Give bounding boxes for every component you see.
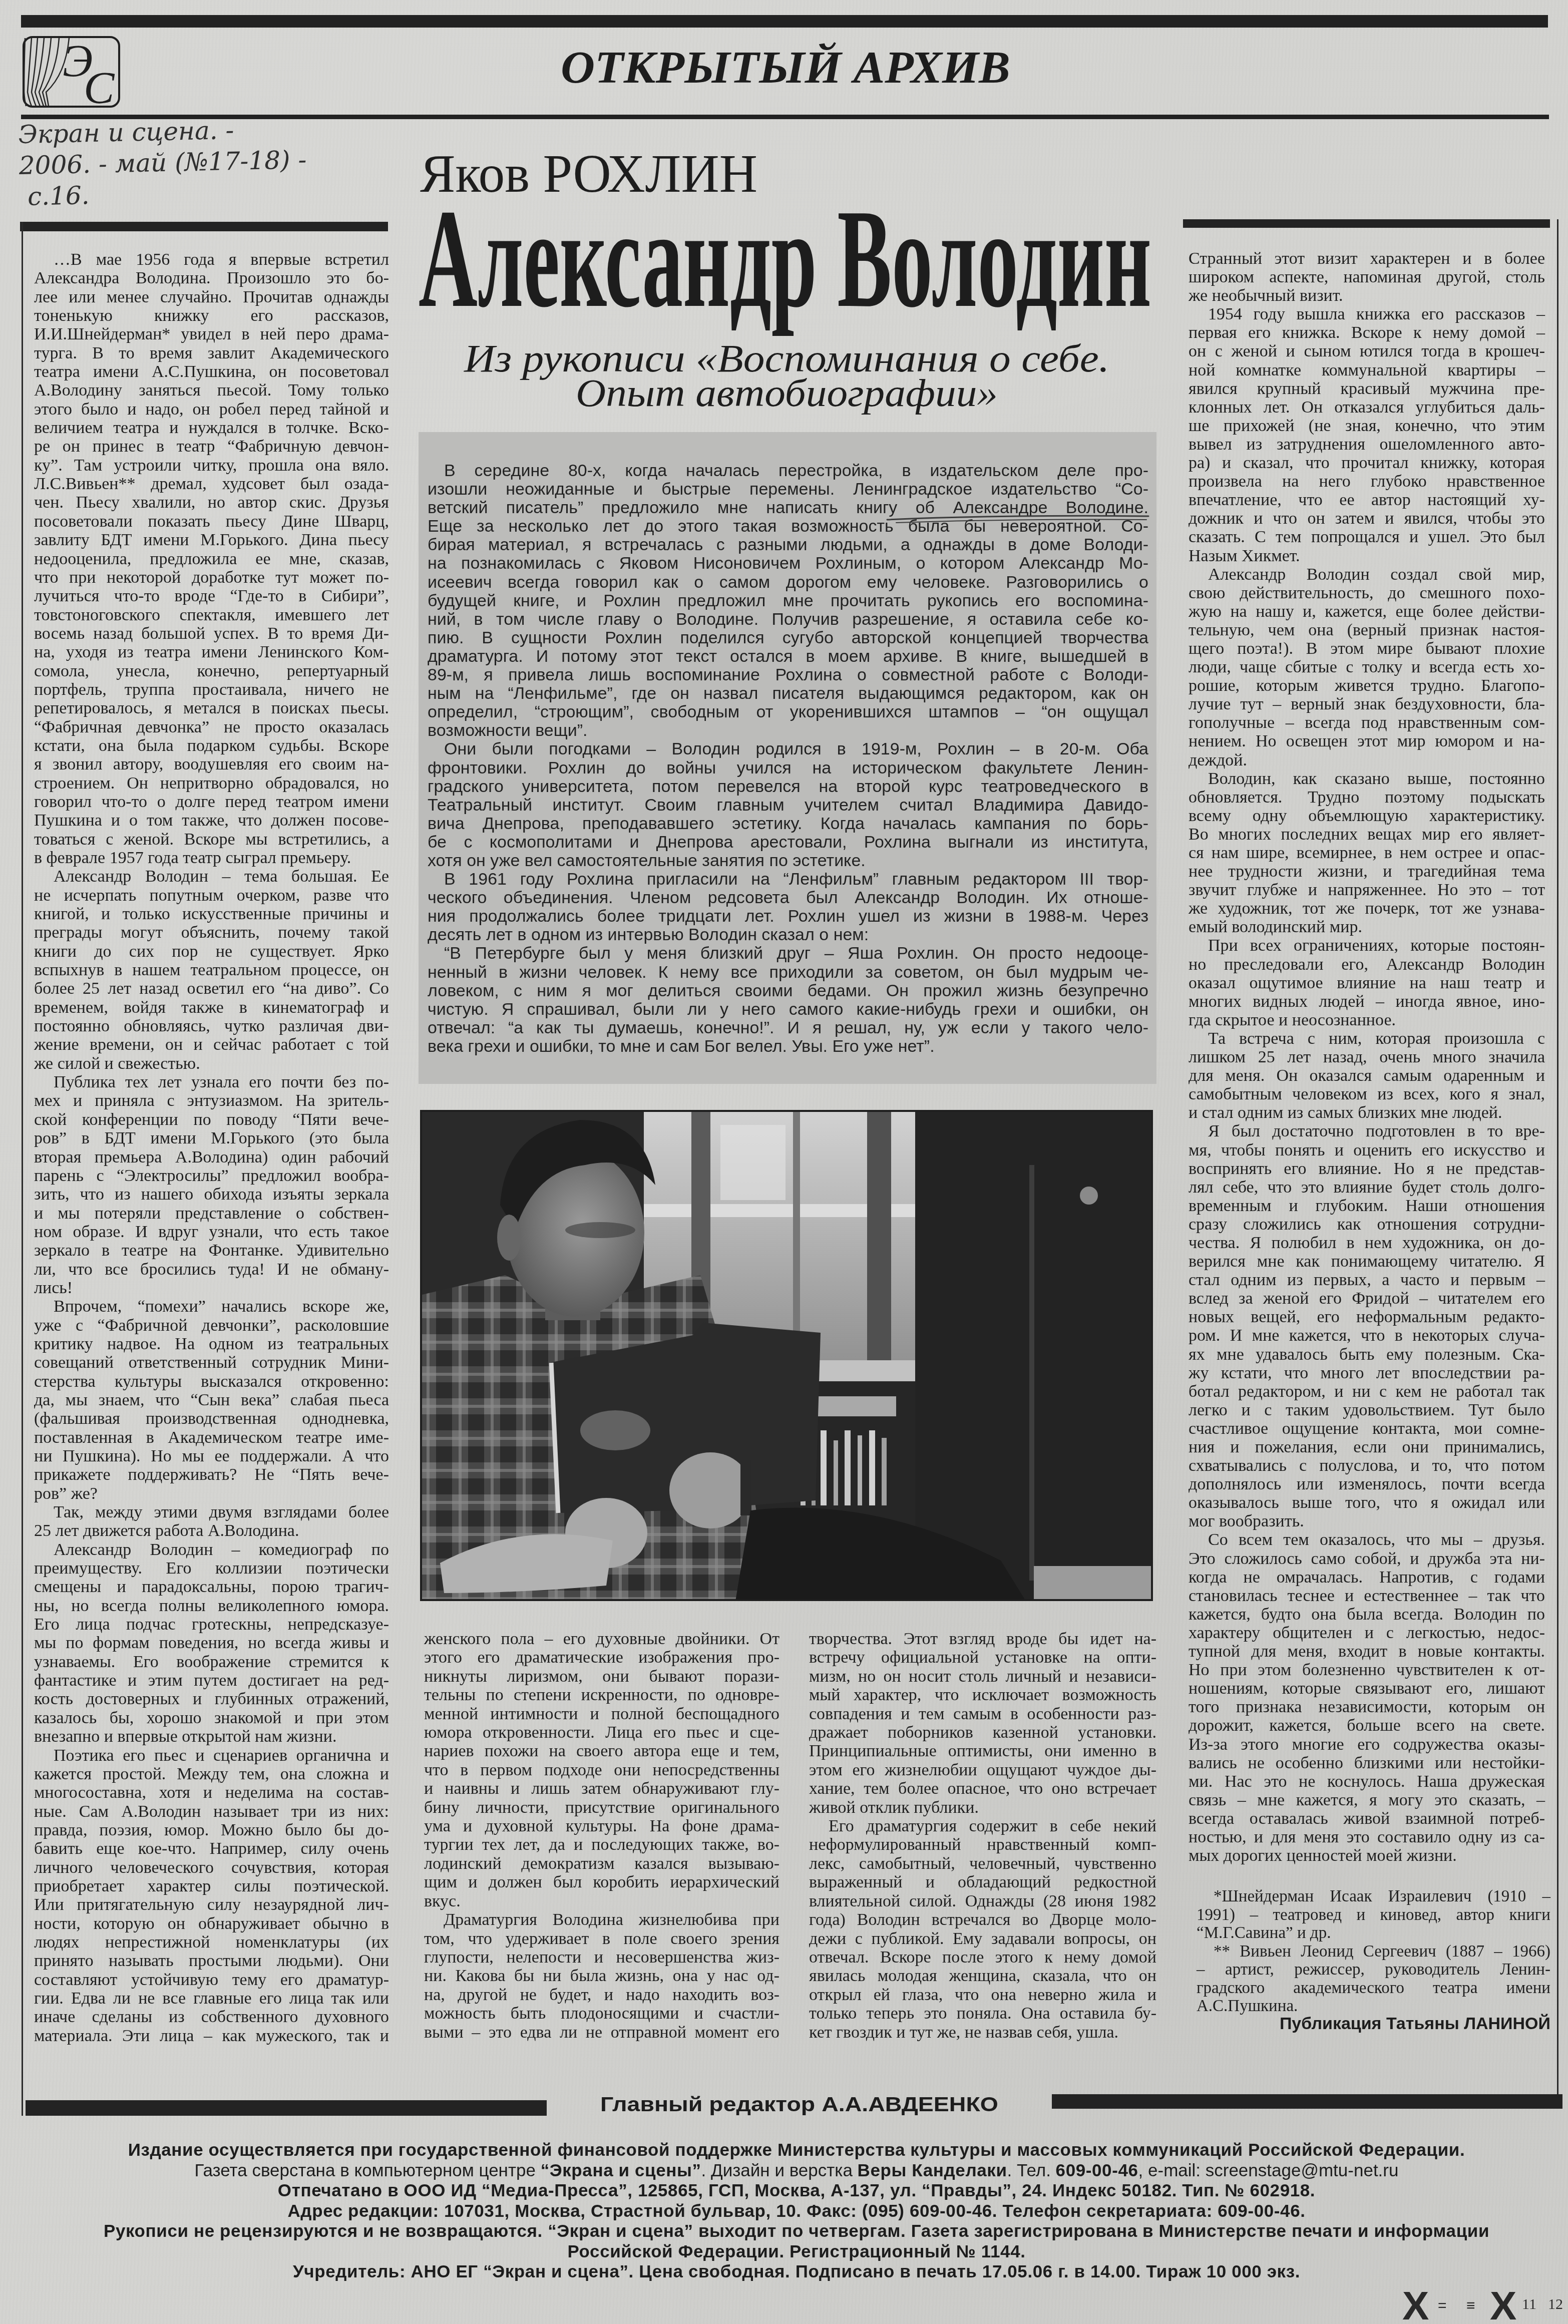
imprint-segment: Рукописи не рецензируются и не возвращаю…	[104, 2221, 1489, 2241]
text-line: открыл ей глаза, что она неверно жила и	[809, 1986, 1156, 2004]
text-line: Его лица подчас гротескны, непредсказуе-	[34, 1615, 389, 1634]
paragraph: Поэтика его пьес и сценариев органична и…	[34, 1746, 389, 2046]
paragraph: Александр Володин – комедиограф попреиму…	[34, 1540, 389, 1746]
text-line: иначе сделаны из собственного духовного	[34, 2008, 389, 2026]
curtain-fold	[46, 38, 69, 106]
text-line: дополнялось или изменялось, почти всегда	[1189, 1475, 1545, 1493]
text-line: кажется, будто она была всегда. Володин …	[1189, 1605, 1545, 1624]
text-line: парень с “Электросилы” предложил вообра-	[34, 1167, 389, 1185]
book-spine	[858, 1435, 862, 1505]
text-line: года) Володин встречался во Дворце моло-	[809, 1910, 1156, 1929]
paragraph: *Шнейдерман Исаак Израилевич (1910 –1991…	[1197, 1887, 1550, 1943]
text-line: ные. Сам А.Володин называет три из них:	[34, 1802, 389, 1821]
text-line: многосоставна, хотя и неделима на состав…	[34, 1783, 389, 1802]
text-line: возможности вещи”.	[428, 721, 1148, 740]
text-line: хание, тем более опасное, что оно встреч…	[809, 1779, 1156, 1798]
text-line: кость достоверных и глубинных отражений,	[34, 1690, 389, 1708]
imprint-segment: Отпечатано в ООО ИД “Медиа-Пресса”, 1258…	[278, 2181, 1315, 2200]
text-line: 1954 году вышла книжка его рассказов –	[1189, 305, 1545, 323]
text-line: совпадения и тем самым в особенности раз…	[809, 1705, 1156, 1723]
imprint-line: Учредитель: АНО ЕГ “Экран и сцена”. Цена…	[45, 2262, 1548, 2282]
curtain-fold	[43, 38, 59, 106]
text-line: тельную, чем она (верный признак настоя-	[1189, 621, 1545, 639]
text-line: лодинский демократизм казался вызываю-	[424, 1854, 779, 1873]
text-line: выраженный и обладающий редкостной	[809, 1873, 1156, 1891]
text-line: исеевич всегда говорил как о самом дорог…	[428, 573, 1148, 592]
imprint-line: Отпечатано в ООО ИД “Медиа-Пресса”, 1258…	[45, 2181, 1548, 2201]
text-line: ли, что все бросились туда! И не обману-	[34, 1260, 389, 1279]
paragraph: Так, между этими двумя взглядами более25…	[34, 1503, 389, 1540]
text-line: ром. И мне кажется, что в некоторых случ…	[1189, 1326, 1545, 1345]
text-line: ра) и сказал, что прочитал книжку, котор…	[1189, 454, 1545, 472]
text-line: чен. Пьесу хвалили, но автор скис. Друзь…	[34, 493, 389, 512]
text-line: ни. Какова бы ни была жизнь, она у нас о…	[424, 1967, 779, 1985]
text-line: гии. Едва ли не все главные его лица так…	[34, 1989, 389, 2008]
book-spine	[869, 1430, 875, 1505]
text-line: совещаний ответственный сотрудник Мини-	[34, 1353, 389, 1372]
text-line: связь – мне кажется, я могу это сказать,…	[1189, 1791, 1545, 1809]
paragraph: Драматургия Володина жизнелюбива притом,…	[424, 1910, 779, 2042]
text-line: преимуществу. Его коллизии поэтически	[34, 1559, 389, 1578]
text-line: Принципиальные оптимисты, они именно в	[809, 1742, 1156, 1760]
text-line: более 25 лет назад осветил его “на диво”…	[34, 979, 389, 998]
imprint-segment: Газета сверстана в компьютерном центре	[195, 2161, 541, 2180]
text-line: не исчерпать попутным очерком, разве что	[34, 886, 389, 905]
text-line: книги до сих пор не существует. Ярко	[34, 942, 389, 961]
column-center-right: творчества. Этот взгляд вроде бы идет на…	[809, 1630, 1156, 2042]
text-line: мех и приняла с энтузиазмом. На зритель-	[34, 1091, 389, 1110]
book-cover-art	[580, 1410, 650, 1450]
text-line: преграды могут объяснить, почему такой	[34, 923, 389, 942]
registration-mark: =	[1438, 2297, 1447, 2314]
text-line: “М.Г.Савина” и др.	[1197, 1924, 1550, 1943]
text-line: жу кстати, что много лет впоследствии ра…	[1189, 1364, 1545, 1382]
text-line: бе с космополитами и Днепрова арестовали…	[428, 833, 1148, 852]
floor-patch	[1034, 1566, 1153, 1601]
book-spine	[834, 1440, 838, 1505]
registration-mark: X	[1402, 2283, 1429, 2324]
text-line: восемь назад большой успех. В то время Д…	[34, 624, 389, 643]
text-line: составляют устойчивую тему его драматур-	[34, 1971, 389, 1989]
text-line: на познакомилась с Яковом Нисоновичем Ро…	[428, 554, 1148, 573]
text-line: тургии тех лет, да и последующих также, …	[424, 1835, 779, 1854]
text-line: ми. Нас это не коснулось. Наша дружеская	[1189, 1772, 1545, 1791]
text-line: Александр Володин – тема большая. Ее	[34, 867, 389, 886]
text-line: ном образе. И вдруг узнали, что есть так…	[34, 1223, 389, 1241]
text-line: мизм, но он носит столь личный и независ…	[809, 1667, 1156, 1686]
text-line: лял себе, что это влияние будет столь до…	[1189, 1178, 1545, 1197]
text-line: прикажете поддерживать? Не “Пять вече-	[34, 1465, 389, 1484]
text-line: чества. Я полюбил в нем художника, он до…	[1189, 1234, 1545, 1252]
text-line: емый володинский мир.	[1189, 918, 1545, 936]
text-line: Л.С.Вивьен** дремал, худсовет был озада-	[34, 475, 389, 493]
imprint-segment: . Дизайн и верстка	[701, 2161, 858, 2180]
book-spine	[821, 1430, 827, 1505]
text-line: для меня. Он оказался самым одаренным и	[1189, 1066, 1545, 1085]
curtain-icon	[24, 38, 69, 106]
text-line: творчества. Этот взгляд вроде бы идет на…	[809, 1630, 1156, 1648]
text-line: что в первом подходе они непосредственны	[424, 1761, 779, 1779]
column-right: Странный этот визит характерен и в более…	[1189, 249, 1545, 1865]
text-line: тельны по степени искренности, по одновр…	[424, 1686, 779, 1704]
text-line: ны, но всегда полны великолепного юмора.	[34, 1597, 389, 1615]
text-line: жую на нашу и, кажется, еще более действ…	[1189, 602, 1545, 621]
author-byline: Яков РОХЛИН	[420, 144, 757, 204]
text-line: бину личности, присутствие оригинального	[424, 1798, 779, 1817]
text-line: турга. В то время завлит Академического	[34, 344, 389, 362]
text-line: я звонил автору, воодушевляя его своим н…	[34, 755, 389, 773]
intro-box-text: В середине 80-х, когда началась перестро…	[428, 462, 1148, 1056]
text-line: говорил что-то о долге перед театром име…	[34, 793, 389, 811]
text-line: когда не омрачалась. Напротив, с годами	[1189, 1568, 1545, 1587]
text-line: ношениям, которые связывают его, лишают	[1189, 1679, 1545, 1698]
text-line: Та встреча с ним, которая произошла с	[1189, 1029, 1545, 1048]
paragraph: Публика тех лет узнала его почти без по-…	[34, 1073, 389, 1297]
text-line: глупости, нелепости и несовершенства жиз…	[424, 1948, 779, 1967]
footnotes: *Шнейдерман Исаак Израилевич (1910 –1991…	[1197, 1887, 1550, 2016]
text-line: поставленная в Академическом театре име-	[34, 1428, 389, 1447]
text-line: товстоноговского спектакля, имевшего лет	[34, 606, 389, 624]
text-line: Пушкина и о том также, что должен посове…	[34, 811, 389, 830]
text-line: самобытным человеком из всех, кого я зна…	[1189, 1085, 1545, 1103]
text-line: Во многих последних вещах мир его являет…	[1189, 825, 1545, 844]
text-line: встречу официальной установке на опти-	[809, 1648, 1156, 1667]
text-line: личного человеческого сочувствия, котора…	[34, 1858, 389, 1877]
imprint-segment: Российской Федерации. Регистрационный № …	[567, 2242, 1025, 2261]
text-line: влиятельной силой. Однажды (28 июня 1982	[809, 1892, 1156, 1910]
text-line: же силой и свежестью.	[34, 1054, 389, 1073]
text-line: того признака независимости, которым он	[1189, 1698, 1545, 1716]
text-line: ни Пушкина). Но мы ее поддержали. А что	[34, 1447, 389, 1465]
text-line: мых дорогих ценностей моей жизни.	[1189, 1846, 1545, 1865]
paragraph: “В Петербурге был у меня близкий друг – …	[428, 944, 1148, 1056]
registration-mark: ≡	[1466, 2297, 1475, 2314]
imprint-segment: , e-mail: screenstage@mtu-net.ru	[1138, 2161, 1399, 2180]
text-line: постоянно обновляясь, чутко различая дви…	[34, 1017, 389, 1035]
section-title: ОТКРЫТЫЙ АРХИВ	[561, 42, 1010, 93]
text-line: воспринять его влияние. Но я не представ…	[1189, 1159, 1545, 1178]
paragraph: 1954 году вышла книжка его рассказов –пе…	[1189, 305, 1545, 565]
text-line: лучиться что-то вроде “Где-то в Сибири”,	[34, 587, 389, 605]
text-line: принято называть простыми людьми). Они	[34, 1952, 389, 1970]
text-line: клонных лет. Он отказался углубиться дал…	[1189, 398, 1545, 417]
text-line: же художник, тот же почерк, тот же узнав…	[1189, 899, 1545, 918]
text-line: Это сложилось само собой, и дружба эта н…	[1189, 1550, 1545, 1568]
text-line: нением. Но освещен этот мир юмором и на-	[1189, 732, 1545, 750]
text-line: *Шнейдерман Исаак Израилевич (1910 –	[1197, 1887, 1550, 1906]
imprint-line: Газета сверстана в компьютерном центре “…	[45, 2161, 1548, 2181]
text-line: …В мае 1956 года я впервые встретил	[34, 250, 389, 269]
text-line: зить, что из нашего обихода изъяты зерка…	[34, 1185, 389, 1204]
text-line: ботал редактором, и ни с кем не работал …	[1189, 1382, 1545, 1401]
text-line: А.С.Пушкина.	[1197, 1997, 1550, 2016]
text-line: первая его книжка. Вскоре к нему домой –	[1189, 323, 1545, 342]
text-line: кстати, она была подарком судьбы. Вскоре	[34, 736, 389, 755]
text-line: менной интимности и полной беспощадного	[424, 1705, 779, 1723]
watch-strap	[740, 1460, 751, 1515]
paragraph: Его драматургия содержит в себе некийнеф…	[809, 1817, 1156, 2042]
text-line: том, что удерживает в поле своего зрения	[424, 1929, 779, 1948]
text-line: всему одну объемлющую характеристику.	[1189, 807, 1545, 825]
text-line: звучит глубже и напряженнее. Но это – то…	[1189, 881, 1545, 899]
paragraph: Они были погодками – Володин родился в 1…	[428, 740, 1148, 870]
text-line: строением. Он непритворно обрадовался, н…	[34, 774, 389, 793]
text-line: материала. Эти лица – как мужеского, так…	[34, 2027, 389, 2045]
text-line: – артист, режиссер, руководитель Ленин-	[1197, 1961, 1550, 1979]
text-line: выми – это едва ли не отправной момент е…	[424, 2023, 779, 2042]
text-line: дежи с публикой. Ему задавали вопросы, о…	[809, 1929, 1156, 1948]
text-line: Странный этот визит характерен и в более	[1189, 249, 1545, 268]
text-line: ной комнатке коммунальной квартиры –	[1189, 361, 1545, 379]
text-line: этого было и надо, он робел перед тайной…	[34, 400, 389, 419]
text-line: явилась молодая женщина, сказала, что он	[809, 1967, 1156, 1985]
text-line: деждой.	[1189, 751, 1545, 769]
text-line: людях непрестижной номенклатуры (их	[34, 1933, 389, 1952]
text-line: же необычный визит.	[1189, 286, 1545, 305]
text-line: на, уходя из театра имени Ленинского Ком…	[34, 643, 389, 661]
text-line: широком аспекте, напоминая другой, столь	[1189, 268, 1545, 286]
paragraph: Александр Володин создал свой мир,свою д…	[1189, 565, 1545, 769]
paragraph: Александр Володин – тема большая. Еене и…	[34, 867, 389, 1073]
imprint-segment: “Экрана и сцены”	[541, 2161, 701, 2180]
text-line: оказал ощутимое влияние на наш театр и	[1189, 974, 1545, 992]
text-line: дражает поборников казенной установки.	[809, 1723, 1156, 1742]
text-line: книгой, и только искусственные причины и	[34, 905, 389, 923]
text-line: пию. В сущности Рохлин поделился сугубо …	[428, 629, 1148, 647]
text-line: лекс, самобытный, человечный, чувственно	[809, 1854, 1156, 1873]
text-line: века грехи и ошибки, то мне и сам Бог ве…	[428, 1037, 1148, 1056]
paragraph: В середине 80-х, когда началась перестро…	[428, 462, 1148, 740]
imprint-segment: 609-00-46	[1056, 2161, 1138, 2180]
footer-left-bar	[26, 2100, 547, 2116]
text-line: ** Вивьен Леонид Сергеевич (1887 – 1966)	[1197, 1943, 1550, 1961]
text-line: определил, “строющим”, свободным от укор…	[428, 703, 1148, 721]
paragraph: Я был достаточно подготовлен в то вре-мя…	[1189, 1122, 1545, 1530]
text-line: Поэтика его пьес и сценариев органична и	[34, 1746, 389, 1765]
text-line: стерства культуры высказался откровенно:	[34, 1372, 389, 1391]
logo-frame	[24, 37, 119, 107]
text-line: ния продолжались более тридцати лет. Рох…	[428, 907, 1148, 926]
text-line: неформулированный нравственный комп-	[809, 1835, 1156, 1854]
text-line: Театральный институт. Своим главным учит…	[428, 796, 1148, 815]
logo-letter-s: С	[84, 62, 115, 113]
text-line: щим и должен был коробить иерархический	[424, 1873, 779, 1891]
paragraph: Странный этот визит характерен и в более…	[1189, 249, 1545, 305]
text-line: вались не особенно близкими или нестойки…	[1189, 1754, 1545, 1772]
paragraph: В 1961 году Рохлина пригласили на “Ленфи…	[428, 870, 1148, 944]
curtain-fold	[39, 38, 51, 106]
text-line: бирая материал, я встречалась с разными …	[428, 536, 1148, 554]
text-line: Александр Володин – комедиограф по	[34, 1540, 389, 1559]
text-line: дорожит, кажется, больше всего на свете.	[1189, 1716, 1545, 1735]
paragraph: творчества. Этот взгляд вроде бы идет на…	[809, 1630, 1156, 1817]
imprint-segment: Веры Канделаки	[858, 2161, 1007, 2180]
text-line: вторая премьера А.Володина) один рабочий	[34, 1148, 389, 1167]
text-line: смещены и парадоксальны, порою трагич-	[34, 1578, 389, 1596]
text-line: юмора откровенности. Лица его пьес и сце…	[424, 1723, 779, 1742]
text-line: лишком 25 лет назад, очень много значила	[1189, 1048, 1545, 1066]
text-line: Публика тех лет узнала его почти без по-	[34, 1073, 389, 1091]
text-line: произвела на него глубоко нравственное	[1189, 472, 1545, 491]
text-line: мы по формам поведения, но всегда живы и	[34, 1634, 389, 1652]
text-line: При всех ограничениях, которые постоян-	[1189, 936, 1545, 955]
right-hand	[669, 1452, 751, 1528]
text-line: временным и глубоким. Наши отношения	[1189, 1197, 1545, 1215]
page-number-right: 12	[1548, 2296, 1563, 2312]
column-left: …В мае 1956 года я впервые встретилАлекс…	[34, 250, 389, 2045]
text-line: вспыхнув в нашем театральном процессе, о…	[34, 961, 389, 979]
text-line: фронтовики. Рохлин до войны учился на ис…	[428, 759, 1148, 778]
text-line: вича Днепрова, преподававшего эстетику. …	[428, 815, 1148, 833]
book-spine	[882, 1438, 887, 1505]
text-line: Еще за несколько лет до этого такая возм…	[428, 517, 1148, 536]
text-line: градского академического театра имени	[1197, 1979, 1550, 1998]
text-line: никнуты лиризмом, они бывают порази-	[424, 1667, 779, 1686]
text-line: Я был достаточно подготовлен в то вре-	[1189, 1122, 1545, 1140]
handwritten-note: Экран и сцена. - 2006. - май (№17-18) - …	[18, 113, 307, 212]
text-line: щего поэта!). В этом мире бывают плохие	[1189, 639, 1545, 658]
text-line: И.И.Шнейдерман* увидел в ней перо драма-	[34, 325, 389, 343]
text-line: изошли неожиданные и быстрые перемены. Л…	[428, 480, 1148, 499]
text-line: фантастике и этим путем достигает на ред…	[34, 1671, 389, 1690]
right-column-vertical-rule	[1557, 219, 1558, 2109]
text-line: ветский писатель” предложило мне написат…	[428, 499, 1148, 517]
text-line: можность быть плодоносящими и счастли-	[424, 2004, 779, 2023]
text-line: Но при этом болезненно чувствителен к от…	[1189, 1661, 1545, 1679]
text-line: схватывались с полуслова, и то, что пото…	[1189, 1456, 1545, 1475]
text-line: десять лет в одном из интервью Володин с…	[428, 926, 1148, 944]
text-line: ний, в том числе главу о Володине. Получ…	[428, 610, 1148, 629]
text-line: только теперь это поняла. Она оставила б…	[809, 2004, 1156, 2023]
text-line: вывел из затруднения ошеломленного авто-	[1189, 435, 1545, 454]
text-line: 1991) – театровед и киновед, автор книги	[1197, 1906, 1550, 1924]
text-line: да, мы знаем, что “Сын века” слабая пьес…	[34, 1391, 389, 1409]
text-line: Впрочем, “помехи” начались вскоре же,	[34, 1297, 389, 1316]
text-line: гополучные – всегда под нравственным сом…	[1189, 713, 1545, 732]
photo-wardrobe	[915, 1110, 1153, 1601]
text-line: казалось бы, хорошо знакомой и при этом	[34, 1709, 389, 1727]
text-line: ненный в жизни человек. К нему все прихо…	[428, 963, 1148, 982]
text-line: (фальшивая производственная однодневка,	[34, 1409, 389, 1428]
article-subtitle-line-2: Опыт автобиографии»	[576, 371, 998, 415]
left-column-vertical-rule	[22, 222, 23, 2116]
text-line: ской конференции по поводу “Пяти вече-	[34, 1110, 389, 1129]
text-line: женского пола – его духовные двойники. О…	[424, 1630, 779, 1648]
text-line: ся нам шире, всемирнее, в нем острее и о…	[1189, 844, 1545, 862]
text-line: ния и пожелания, если они принимались,	[1189, 1438, 1545, 1456]
text-line: мя, чтобы понять и оценить его искусство…	[1189, 1141, 1545, 1159]
newspaper-page: В середине 80-х, когда началась перестро…	[0, 0, 1568, 2324]
text-line: легко и с таким удовольствием. Тут было	[1189, 1401, 1545, 1419]
text-line: ях мне удавалось быть ему полезным. Ска-	[1189, 1345, 1545, 1364]
text-line: Со всем тем оказалось, что мы – друзья.	[1189, 1530, 1545, 1549]
text-line: верился мне как понимающему читателю. Я	[1189, 1252, 1545, 1271]
text-line: В 1961 году Рохлина пригласили на “Ленфи…	[428, 870, 1148, 889]
text-line: зеркало в театре на Фонтанке. Удивительн…	[34, 1241, 389, 1260]
text-line: ку”. Там устроили читку, прошла она вяло…	[34, 456, 389, 475]
imprint-segment: Адрес редакции: 107031, Москва, Страстно…	[287, 2201, 1305, 2221]
text-line: Володин, как сказано выше, постоянно	[1189, 769, 1545, 788]
text-line: сомола, унесла, конечно, репертуарный	[34, 662, 389, 680]
imprint-line: Адрес редакции: 107031, Москва, Страстно…	[45, 2201, 1548, 2222]
text-line: портфель, труппа простаивала, ничего не	[34, 680, 389, 699]
text-line: градского университета, потом перевелся …	[428, 778, 1148, 796]
text-line: этом его жизнелюбии ощущают чуждое ды-	[809, 1761, 1156, 1779]
text-line: лись!	[34, 1279, 389, 1297]
text-line: ным на “Ленфильме”, где он назвал писате…	[428, 684, 1148, 703]
article-photo	[420, 1110, 1153, 1601]
window-curtain-light	[720, 1125, 786, 1200]
text-line: этого его драматические изображения про-	[424, 1648, 779, 1667]
imprint-line: Рукописи не рецензируются и не возвращаю…	[45, 2221, 1548, 2242]
text-line: на, другой не будет, и надо находить воз…	[424, 1986, 779, 2004]
registration-mark: X	[1490, 2283, 1516, 2324]
text-line: ностью, и для меня это составило одну из…	[1189, 1828, 1545, 1846]
paragraph: Впрочем, “помехи” начались вскоре же,уже…	[34, 1297, 389, 1503]
text-line: жение времени, он и сейчас работает с то…	[34, 1035, 389, 1054]
text-line: живой отклик публики.	[809, 1798, 1156, 1817]
text-line: ловеком, с ним я мог делиться своими бед…	[428, 982, 1148, 1000]
text-line: дожник и что он затем и явился, чтобы эт…	[1189, 509, 1545, 528]
left-column-top-bar	[20, 222, 388, 231]
text-line: и мы потеряли представление о собствен-	[34, 1204, 389, 1223]
text-line: стал одним из первых, а часто и первым –	[1189, 1271, 1545, 1289]
column-center-left: женского пола – его духовные двойники. О…	[424, 1630, 779, 2042]
text-line: будущей книге, и Рохлин предложил мне пр…	[428, 592, 1148, 610]
paragraph: При всех ограничениях, которые постоян-н…	[1189, 936, 1545, 1029]
imprint: Издание осуществляется при государственн…	[45, 2140, 1548, 2282]
text-line: оказывалось выше того, что я ожидал или	[1189, 1493, 1545, 1512]
text-line: свою действительность, до смешного похо-	[1189, 584, 1545, 602]
paragraph: Со всем тем оказалось, что мы – друзья.Э…	[1189, 1530, 1545, 1865]
text-line: впечатление, что ее автор настоящий ху-	[1189, 491, 1545, 509]
header-top-bar	[21, 15, 1548, 28]
text-line: люди, чаще сбитые с толку и всегда есть …	[1189, 658, 1545, 676]
text-line: бавить еще кое-что. Например, силу очень	[34, 1839, 389, 1858]
imprint-segment: Учредитель: АНО ЕГ “Экран и сцена”. Цена…	[293, 2262, 1300, 2281]
text-line: всегда оставалась живой взаимной потреб-	[1189, 1809, 1545, 1828]
text-line: мый характер, что исключает возможность	[809, 1686, 1156, 1704]
text-line: нее трудности жизни, и трагедийная тема	[1189, 862, 1545, 881]
text-line: сказать. С тем попрощался и ушел. Это бы…	[1189, 528, 1545, 546]
imprint-line: Российской Федерации. Регистрационный № …	[45, 2242, 1548, 2262]
text-line: “В Петербурге был у меня близкий друг – …	[428, 944, 1148, 963]
text-line: кажется простой. Между тем, она сложна и	[34, 1765, 389, 1783]
paragraph: Володин, как сказано выше, постояннообно…	[1189, 769, 1545, 937]
right-column-top-bar	[1183, 219, 1550, 228]
text-line: Александра Володина. Произошло это бо-	[34, 269, 389, 287]
wardrobe-knob	[1080, 1187, 1098, 1205]
text-line: отвечал. Вскоре после этого к нему домой	[809, 1948, 1156, 1967]
text-line: ума и духовной культуры. На фоне драма-	[424, 1817, 779, 1835]
curtain-fold	[32, 38, 38, 106]
text-line: Александр Володин создал свой мир,	[1189, 565, 1545, 584]
article-title: Александр Володин	[419, 180, 1151, 337]
text-line: 89-м, я привела лишь воспоминание Рохлин…	[428, 666, 1148, 684]
text-line: лучие тут – верный знак бездуховности, б…	[1189, 695, 1545, 713]
text-line: Назым Хикмет.	[1189, 547, 1545, 565]
text-line: тоненькую книжку его рассказов,	[34, 306, 389, 325]
text-line: хотя он уже вел самостоятельные занятия …	[428, 852, 1148, 870]
publication-credit: Публикация Татьяны ЛАНИНОЙ	[1280, 2014, 1550, 2033]
logo-letter-e: Э	[63, 35, 93, 86]
curtain-fold	[35, 38, 44, 106]
text-line: уже с “Фабричной девчонки”, расколовшие	[34, 1316, 389, 1335]
text-line: ров” же?	[34, 1484, 389, 1503]
text-line: тупной для меня, входит в новые контакты…	[1189, 1642, 1545, 1661]
text-line: ре он принес в театр “Фабричную девчон-	[34, 437, 389, 456]
text-line: лее или менее случайно. Прочитав однажды	[34, 288, 389, 306]
